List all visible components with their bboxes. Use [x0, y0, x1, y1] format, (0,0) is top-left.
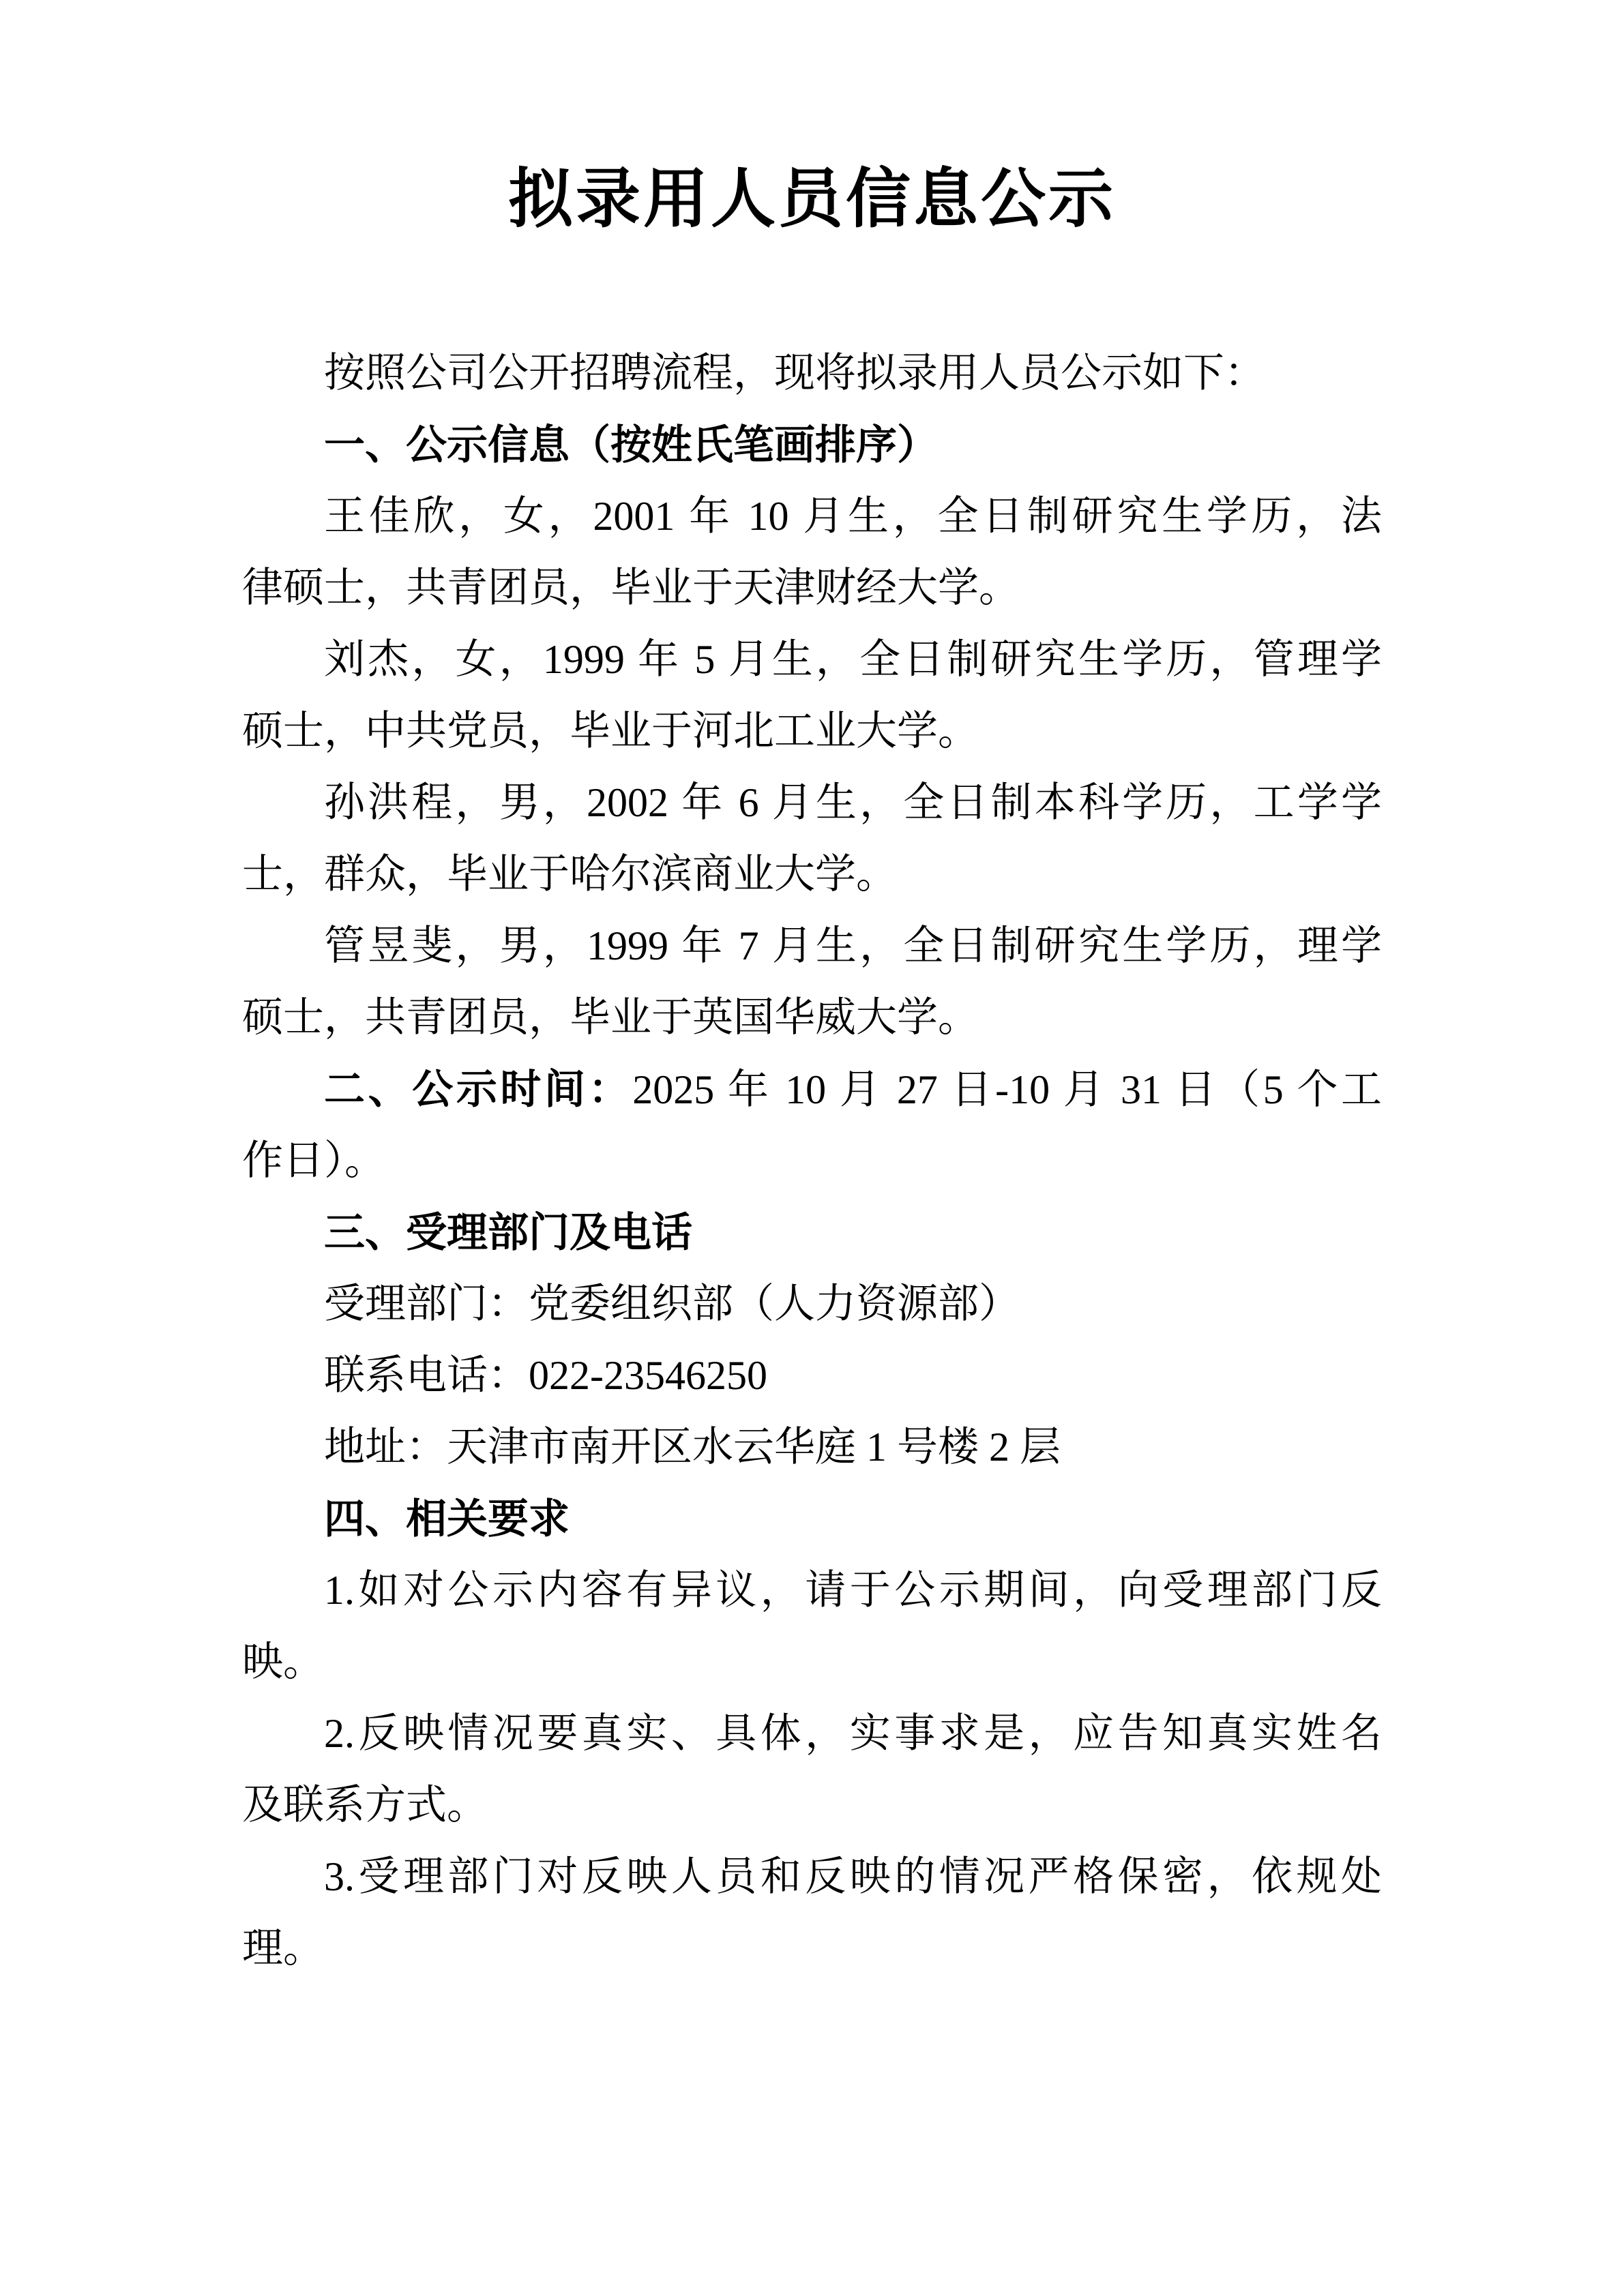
document-line-person-3-line-2: 士，群众，毕业于哈尔滨商业大学。 [242, 839, 1382, 910]
document-line-heading-4: 四、相关要求 [242, 1483, 1382, 1555]
document-line-person-1-line-1: 王佳欣，女，2001 年 10 月生，全日制研究生学历，法 [242, 481, 1382, 552]
document-line-person-2-line-1: 刘杰，女，1999 年 5 月生，全日制研究生学历，管理学 [242, 624, 1382, 696]
document-line-req-2-line-2: 及联系方式。 [242, 1770, 1382, 1841]
text-run: 一、公示信息（按姓氏笔画排序） [324, 422, 938, 468]
text-run: 二、公示时间： [324, 1067, 632, 1112]
document-line-req-1-line-1: 1.如对公示内容有异议，请于公示期间，向受理部门反 [242, 1555, 1382, 1626]
text-run: 三、受理部门及电话 [324, 1210, 692, 1255]
document-body: 按照公司公开招聘流程，现将拟录用人员公示如下：一、公示信息（按姓氏笔画排序）王佳… [242, 338, 1382, 1984]
document-line-person-4-line-1: 管昱斐，男，1999 年 7 月生，全日制研究生学历，理学 [242, 910, 1382, 982]
text-run: 律硕士，共青团员，毕业于天津财经大学。 [242, 565, 1020, 610]
text-run: 2025 年 10 月 27 日-10 月 31 日（5 个工 [632, 1067, 1382, 1112]
document-line-person-3-line-1: 孙洪程，男，2002 年 6 月生，全日制本科学历，工学学 [242, 767, 1382, 839]
document-line-dept-line: 受理部门：党委组织部（人力资源部） [242, 1268, 1382, 1340]
text-run: 按照公司公开招聘流程，现将拟录用人员公示如下： [324, 351, 1265, 396]
text-run: 受理部门：党委组织部（人力资源部） [324, 1281, 1020, 1326]
text-run: 管昱斐，男，1999 年 7 月生，全日制研究生学历，理学 [324, 923, 1382, 968]
document-line-heading-1: 一、公示信息（按姓氏笔画排序） [242, 409, 1382, 481]
document-line-address-line: 地址：天津市南开区水云华庭 1 号楼 2 层 [242, 1412, 1382, 1483]
document-line-req-3-line-1: 3.受理部门对反映人员和反映的情况严格保密，依规处 [242, 1841, 1382, 1913]
document-line-phone-line: 联系电话：022-23546250 [242, 1340, 1382, 1412]
document-line-intro: 按照公司公开招聘流程，现将拟录用人员公示如下： [242, 338, 1382, 409]
text-run: 理。 [242, 1926, 324, 1971]
document-line-person-2-line-2: 硕士，中共党员，毕业于河北工业大学。 [242, 696, 1382, 767]
document-line-req-1-line-2: 映。 [242, 1626, 1382, 1698]
text-run: 映。 [242, 1639, 324, 1684]
text-run: 2.反映情况要真实、具体，实事求是，应告知真实姓名 [324, 1711, 1382, 1756]
text-run: 1.如对公示内容有异议，请于公示期间，向受理部门反 [324, 1568, 1382, 1613]
text-run: 硕士，中共党员，毕业于河北工业大学。 [242, 709, 979, 754]
text-run: 四、相关要求 [324, 1496, 570, 1542]
text-run: 联系电话：022-23546250 [324, 1353, 767, 1398]
document-line-heading-2-cont: 作日）。 [242, 1125, 1382, 1197]
document-line-req-2-line-1: 2.反映情况要真实、具体，实事求是，应告知真实姓名 [242, 1698, 1382, 1770]
document-line-heading-3: 三、受理部门及电话 [242, 1197, 1382, 1268]
text-run: 作日）。 [242, 1138, 385, 1183]
document-line-person-1-line-2: 律硕士，共青团员，毕业于天津财经大学。 [242, 552, 1382, 624]
text-run: 及联系方式。 [242, 1783, 488, 1828]
text-run: 士，群众，毕业于哈尔滨商业大学。 [242, 852, 897, 897]
text-run: 王佳欣，女，2001 年 10 月生，全日制研究生学历，法 [324, 494, 1382, 539]
document-page: 拟录用人员信息公示 按照公司公开招聘流程，现将拟录用人员公示如下：一、公示信息（… [0, 0, 1624, 2296]
document-title: 拟录用人员信息公示 [242, 157, 1382, 242]
text-run: 地址：天津市南开区水云华庭 1 号楼 2 层 [324, 1425, 1061, 1470]
text-run: 刘杰，女，1999 年 5 月生，全日制研究生学历，管理学 [324, 637, 1382, 682]
document-line-req-3-line-2: 理。 [242, 1913, 1382, 1984]
document-line-heading-2: 二、公示时间：2025 年 10 月 27 日-10 月 31 日（5 个工 [242, 1054, 1382, 1125]
document-line-person-4-line-2: 硕士，共青团员，毕业于英国华威大学。 [242, 982, 1382, 1054]
text-run: 3.受理部门对反映人员和反映的情况严格保密，依规处 [324, 1854, 1382, 1899]
text-run: 孙洪程，男，2002 年 6 月生，全日制本科学历，工学学 [324, 780, 1382, 825]
text-run: 硕士，共青团员，毕业于英国华威大学。 [242, 995, 979, 1040]
